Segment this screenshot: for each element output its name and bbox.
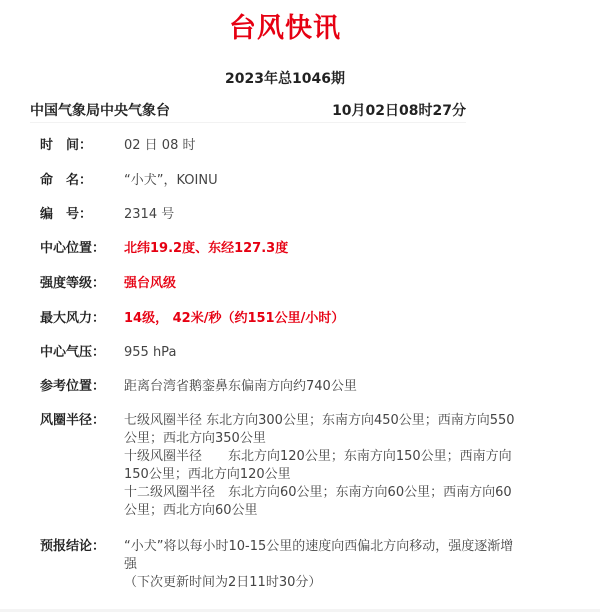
next-update: （下次更新时间为2日11时30分） (124, 574, 524, 592)
field-label: 命 名： (40, 172, 122, 190)
page-title: 台风快讯 (0, 6, 570, 45)
field-value: 14级， 42米/秒（约151公里/小时） (124, 310, 524, 328)
field-value: 七级风圈半径 东北方向300公里；东南方向450公里；西南方向550公里；西北方… (124, 412, 524, 520)
field-label: 强度等级： (40, 275, 122, 293)
publish-datetime: 10月02日08时27分 (332, 100, 466, 120)
field-label: 最大风力： (40, 310, 122, 328)
field-label: 参考位置： (40, 378, 122, 396)
wind-radius-10: 十级风圈半径 东北方向120公里；东南方向150公里；西南方向150公里；西北方… (124, 448, 524, 484)
field-value: “小犬”，KOINU (124, 172, 524, 190)
field-value: 2314 号 (124, 206, 524, 224)
field-value: 强台风级 (124, 275, 524, 293)
wind-radius-12: 十二级风圈半径 东北方向60公里；东南方向60公里；西南方向60公里；西北方向6… (124, 484, 524, 520)
forecast-text: “小犬”将以每小时10-15公里的速度向西偏北方向移动，强度逐渐增强 (124, 538, 524, 574)
field-label: 时 间： (40, 137, 122, 155)
field-label: 编 号： (40, 206, 122, 224)
field-label: 预报结论： (40, 538, 122, 556)
agency-name: 中国气象局中央气象台 (30, 100, 170, 120)
wind-radius-7: 七级风圈半径 东北方向300公里；东南方向450公里；西南方向550公里；西北方… (124, 412, 524, 448)
field-label: 中心位置： (40, 240, 122, 258)
field-value: “小犬”将以每小时10-15公里的速度向西偏北方向移动，强度逐渐增强 （下次更新… (124, 538, 524, 592)
field-label: 中心气压： (40, 344, 122, 362)
bulletin-header: 中国气象局中央气象台 10月02日08时27分 (30, 100, 466, 123)
field-value: 距离台湾省鹅銮鼻东偏南方向约740公里 (124, 378, 524, 396)
field-value: 955 hPa (124, 344, 524, 362)
issue-number: 2023年总1046期 (0, 68, 570, 88)
field-value: 北纬19.2度、东经127.3度 (124, 240, 524, 258)
field-value: 02 日 08 时 (124, 137, 524, 155)
field-label: 风圈半径： (40, 412, 122, 430)
